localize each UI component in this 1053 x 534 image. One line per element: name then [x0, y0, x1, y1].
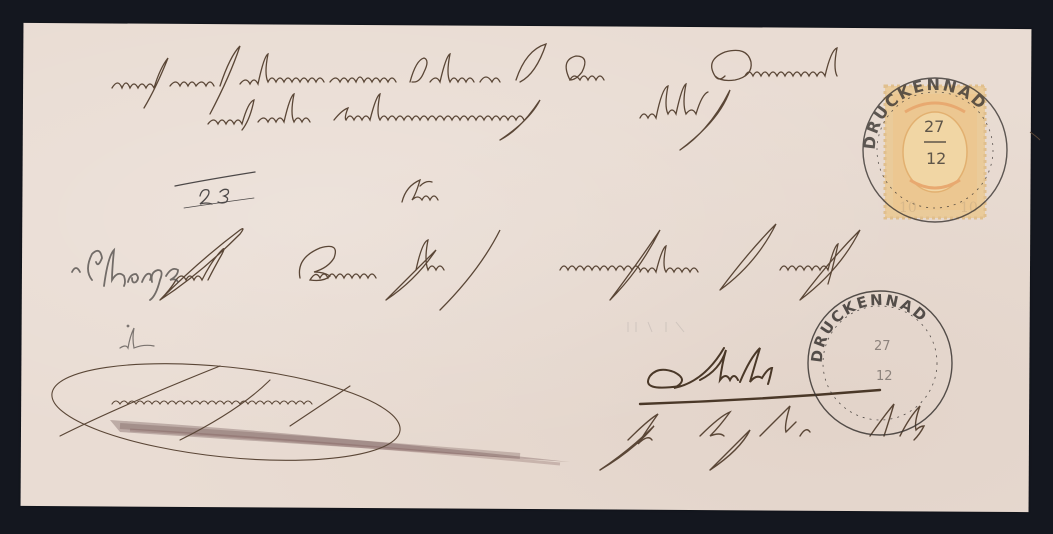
- postmark-2-month: 12: [876, 369, 893, 384]
- annotation-number: [175, 172, 255, 208]
- faint-impression: [628, 322, 684, 332]
- postmark-arrival: DRUCKENNAD 27 12: [808, 291, 952, 435]
- address-line-4: [160, 224, 860, 310]
- address-line-6: [600, 404, 924, 470]
- postmark-2-town: DRUCKENNAD: [808, 291, 932, 364]
- annotation-mark: [120, 325, 154, 348]
- svg-text:DRUCKENNAD: DRUCKENNAD: [808, 291, 932, 364]
- postmark-1-day: 27: [924, 117, 944, 136]
- annotation-charge: [72, 250, 178, 300]
- postmark-1-month: 12: [926, 149, 946, 168]
- postmark-2-day: 27: [874, 339, 891, 354]
- address-line-5: [640, 348, 880, 404]
- annotation-franking-note: [47, 349, 404, 475]
- address-line-1: [112, 44, 837, 114]
- address-line-3: [402, 180, 438, 202]
- envelope-markings: 10 10 DRUCKENNAD 27 12 DRUCKENNAD 27 12: [0, 0, 1053, 534]
- stray-ink-mark: [1030, 132, 1040, 140]
- address-line-2: [208, 84, 730, 150]
